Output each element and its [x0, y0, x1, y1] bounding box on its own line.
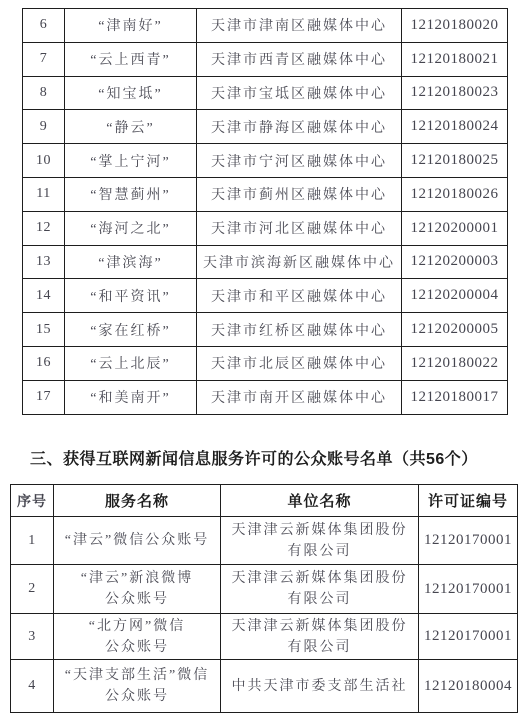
- service-name-cell: “云上西青”: [65, 42, 197, 76]
- header-license-number: 许可证编号: [419, 485, 518, 517]
- service-name-cell: “知宝坻”: [65, 76, 197, 110]
- license-number-cell: 12120180025: [402, 144, 508, 178]
- row-number-cell: 12: [23, 211, 65, 245]
- org-name-cell: 天津津云新媒体集团股份 有限公司: [221, 614, 419, 660]
- license-number-cell: 12120180023: [402, 76, 508, 110]
- org-name-cell: 天津市西青区融媒体中心: [197, 42, 402, 76]
- table-row: 17 “和美南开” 天津市南开区融媒体中心 12120180017: [23, 380, 508, 414]
- org-name-cell: 中共天津市委支部生活社: [221, 660, 419, 713]
- org-name-cell: 天津市滨海新区融媒体中心: [197, 245, 402, 279]
- table-row: 12 “海河之北” 天津市河北区融媒体中心 12120200001: [23, 211, 508, 245]
- org-name-line: 有限公司: [221, 541, 418, 562]
- service-name-cell: “天津支部生活”微信 公众账号: [54, 660, 221, 713]
- row-number-cell: 7: [23, 42, 65, 76]
- service-name-line: 公众账号: [54, 637, 220, 658]
- service-name-cell: “静云”: [65, 110, 197, 144]
- row-number-cell: 17: [23, 380, 65, 414]
- row-number-cell: 13: [23, 245, 65, 279]
- row-number-cell: 14: [23, 279, 65, 313]
- service-name-line: “天津支部生活”微信: [54, 665, 220, 686]
- org-name-cell: 天津市南开区融媒体中心: [197, 380, 402, 414]
- org-name-cell: 天津市宝坻区融媒体中心: [197, 76, 402, 110]
- org-name-cell: 天津市和平区融媒体中心: [197, 279, 402, 313]
- table-row: 10 “掌上宁河” 天津市宁河区融媒体中心 12120180025: [23, 144, 508, 178]
- org-name-cell: 天津市红桥区融媒体中心: [197, 313, 402, 347]
- license-number-cell: 12120170001: [419, 565, 518, 614]
- org-name-line: 有限公司: [221, 589, 418, 610]
- row-number-cell: 3: [11, 614, 54, 660]
- service-name-line: “津云”微信公众账号: [54, 530, 220, 551]
- org-name-cell: 天津市津南区融媒体中心: [197, 9, 402, 43]
- table-header-row: 序号 服务名称 单位名称 许可证编号: [11, 485, 518, 517]
- table-row: 1 “津云”微信公众账号 天津津云新媒体集团股份 有限公司 1212017000…: [11, 517, 518, 565]
- license-number-cell: 12120200005: [402, 313, 508, 347]
- table-row: 6 “津南好” 天津市津南区融媒体中心 12120180020: [23, 9, 508, 43]
- row-number-cell: 1: [11, 517, 54, 565]
- license-number-cell: 12120180021: [402, 42, 508, 76]
- license-number-cell: 12120170001: [419, 614, 518, 660]
- service-name-line: “北方网”微信: [54, 616, 220, 637]
- org-name-cell: 天津津云新媒体集团股份 有限公司: [221, 517, 419, 565]
- license-number-cell: 12120180026: [402, 177, 508, 211]
- org-name-line: 中共天津市委支部生活社: [221, 676, 418, 697]
- header-service-name: 服务名称: [54, 485, 221, 517]
- license-number-cell: 12120200004: [402, 279, 508, 313]
- table-row: 7 “云上西青” 天津市西青区融媒体中心 12120180021: [23, 42, 508, 76]
- table-row: 11 “智慧蓟州” 天津市蓟州区融媒体中心 12120180026: [23, 177, 508, 211]
- table-row: 2 “津云”新浪微博 公众账号 天津津云新媒体集团股份 有限公司 1212017…: [11, 565, 518, 614]
- service-name-cell: “津南好”: [65, 9, 197, 43]
- row-number-cell: 4: [11, 660, 54, 713]
- header-serial-number: 序号: [11, 485, 54, 517]
- service-name-line: 公众账号: [54, 589, 220, 610]
- licensed-services-table: 6 “津南好” 天津市津南区融媒体中心 12120180020 7 “云上西青”…: [22, 8, 508, 415]
- org-name-line: 天津津云新媒体集团股份: [221, 568, 418, 589]
- table-row: 15 “家在红桥” 天津市红桥区融媒体中心 12120200005: [23, 313, 508, 347]
- table-row: 14 “和平资讯” 天津市和平区融媒体中心 12120200004: [23, 279, 508, 313]
- service-name-cell: “智慧蓟州”: [65, 177, 197, 211]
- table-row: 8 “知宝坻” 天津市宝坻区融媒体中心 12120180023: [23, 76, 508, 110]
- table-row: 3 “北方网”微信 公众账号 天津津云新媒体集团股份 有限公司 12120170…: [11, 614, 518, 660]
- service-name-cell: “津滨海”: [65, 245, 197, 279]
- service-name-cell: “北方网”微信 公众账号: [54, 614, 221, 660]
- service-name-cell: “和平资讯”: [65, 279, 197, 313]
- service-name-cell: “掌上宁河”: [65, 144, 197, 178]
- service-name-cell: “云上北辰”: [65, 346, 197, 380]
- section-heading: 三、获得互联网新闻信息服务许可的公众账号名单（共56个）: [30, 446, 510, 469]
- service-name-line: 公众账号: [54, 686, 220, 707]
- public-accounts-table: 序号 服务名称 单位名称 许可证编号 1 “津云”微信公众账号 天津津云新媒体集…: [10, 484, 518, 713]
- org-name-cell: 天津市静海区融媒体中心: [197, 110, 402, 144]
- row-number-cell: 2: [11, 565, 54, 614]
- table-row: 13 “津滨海” 天津市滨海新区融媒体中心 12120200003: [23, 245, 508, 279]
- org-name-line: 有限公司: [221, 637, 418, 658]
- service-name-line: “津云”新浪微博: [54, 568, 220, 589]
- license-number-cell: 12120170001: [419, 517, 518, 565]
- org-name-cell: 天津市北辰区融媒体中心: [197, 346, 402, 380]
- row-number-cell: 9: [23, 110, 65, 144]
- org-name-cell: 天津市宁河区融媒体中心: [197, 144, 402, 178]
- document-page: 6 “津南好” 天津市津南区融媒体中心 12120180020 7 “云上西青”…: [0, 0, 524, 722]
- license-number-cell: 12120180024: [402, 110, 508, 144]
- license-number-cell: 12120200003: [402, 245, 508, 279]
- license-number-cell: 12120200001: [402, 211, 508, 245]
- license-number-cell: 12120180020: [402, 9, 508, 43]
- row-number-cell: 11: [23, 177, 65, 211]
- service-name-cell: “海河之北”: [65, 211, 197, 245]
- row-number-cell: 10: [23, 144, 65, 178]
- org-name-line: 天津津云新媒体集团股份: [221, 520, 418, 541]
- org-name-cell: 天津市蓟州区融媒体中心: [197, 177, 402, 211]
- header-org-name: 单位名称: [221, 485, 419, 517]
- license-number-cell: 12120180022: [402, 346, 508, 380]
- service-name-cell: “津云”新浪微博 公众账号: [54, 565, 221, 614]
- row-number-cell: 8: [23, 76, 65, 110]
- org-name-line: 天津津云新媒体集团股份: [221, 616, 418, 637]
- table-row: 16 “云上北辰” 天津市北辰区融媒体中心 12120180022: [23, 346, 508, 380]
- service-name-cell: “家在红桥”: [65, 313, 197, 347]
- license-number-cell: 12120180017: [402, 380, 508, 414]
- table-row: 4 “天津支部生活”微信 公众账号 中共天津市委支部生活社 1212018000…: [11, 660, 518, 713]
- row-number-cell: 16: [23, 346, 65, 380]
- service-name-cell: “和美南开”: [65, 380, 197, 414]
- row-number-cell: 6: [23, 9, 65, 43]
- row-number-cell: 15: [23, 313, 65, 347]
- license-number-cell: 12120180004: [419, 660, 518, 713]
- org-name-cell: 天津市河北区融媒体中心: [197, 211, 402, 245]
- table-row: 9 “静云” 天津市静海区融媒体中心 12120180024: [23, 110, 508, 144]
- org-name-cell: 天津津云新媒体集团股份 有限公司: [221, 565, 419, 614]
- service-name-cell: “津云”微信公众账号: [54, 517, 221, 565]
